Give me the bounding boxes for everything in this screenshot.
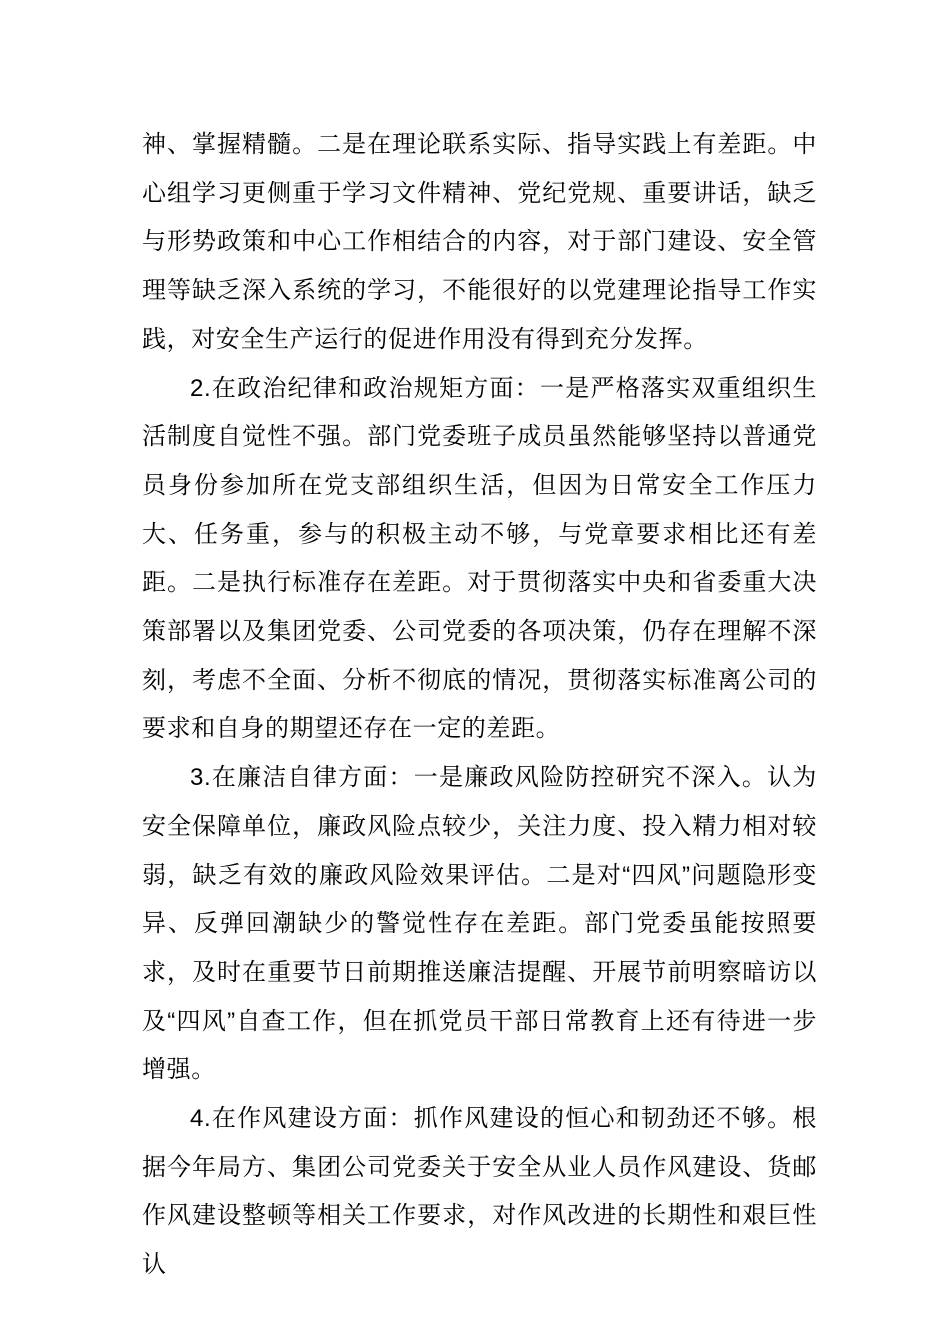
paragraph-item-2-political-discipline: 2.在政治纪律和政治规矩方面：一是严格落实双重组织生活制度自觉性不强。部门党委班… (142, 365, 817, 755)
document-page: 神、掌握精髓。二是在理论联系实际、指导实践上有差距。中心组学习更侧重于学习文件精… (0, 0, 950, 1344)
paragraph-item-3-integrity-self-discipline: 3.在廉洁自律方面：一是廉政风险防控研究不深入。认为安全保障单位，廉政风险点较少… (142, 754, 817, 1095)
paragraph-continuation: 神、掌握精髓。二是在理论联系实际、指导实践上有差距。中心组学习更侧重于学习文件精… (142, 121, 817, 365)
paragraph-item-4-work-style: 4.在作风建设方面：抓作风建设的恒心和韧劲还不够。根据今年局方、集团公司党委关于… (142, 1095, 817, 1290)
document-body: 神、掌握精髓。二是在理论联系实际、指导实践上有差距。中心组学习更侧重于学习文件精… (142, 121, 817, 1290)
